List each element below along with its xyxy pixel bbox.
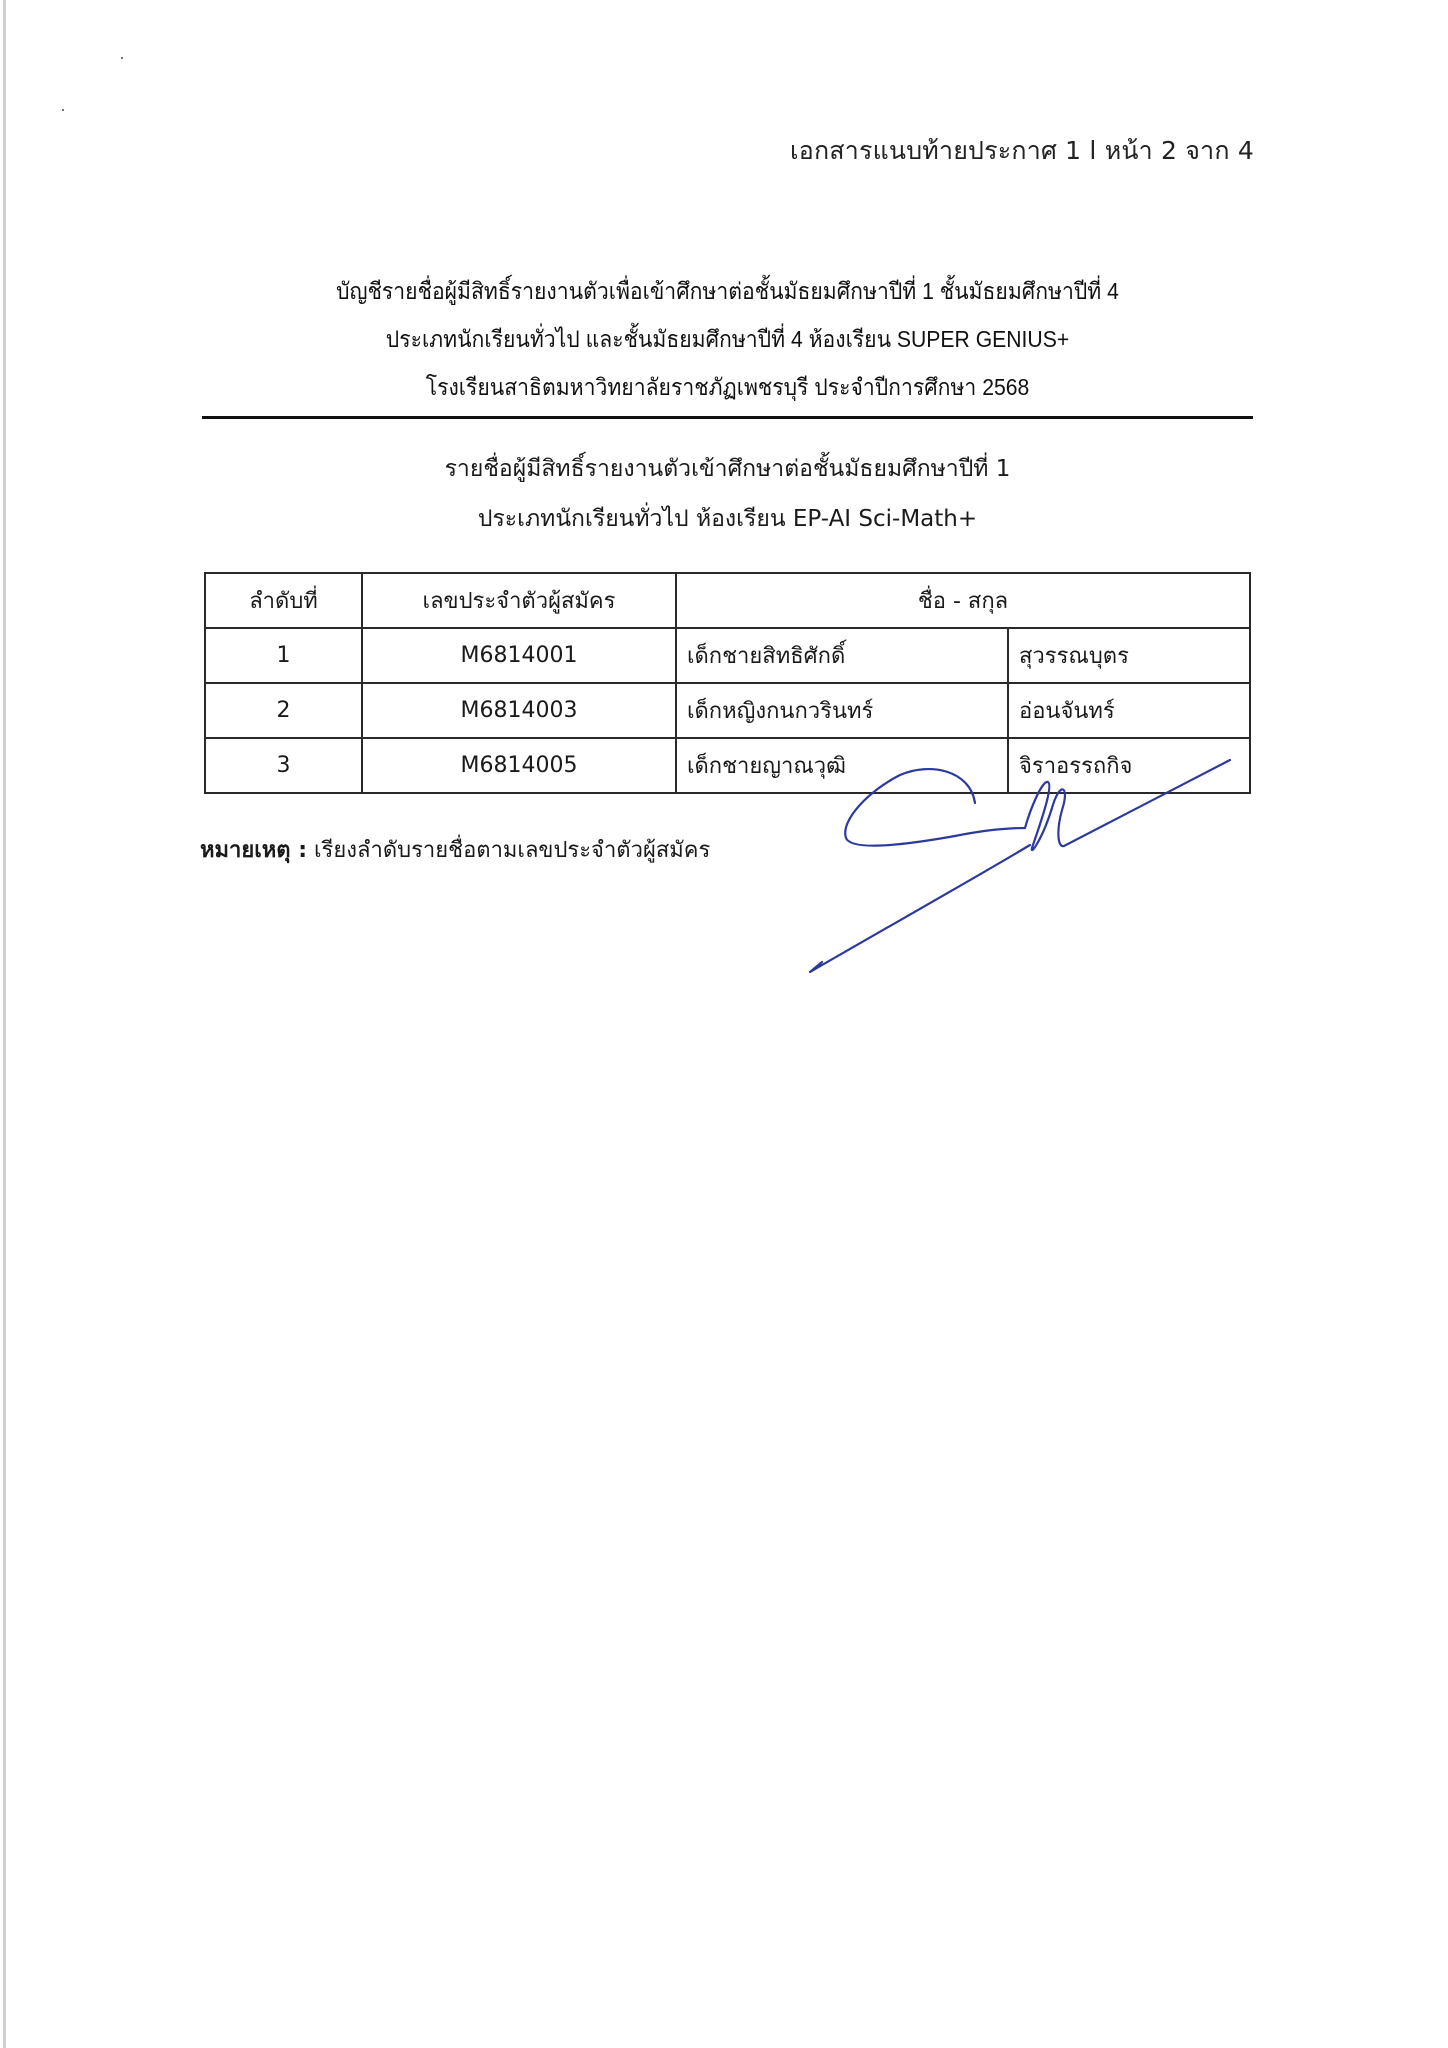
scan-page-edge (3, 0, 6, 2048)
page-reference: เอกสารแนบท้ายประกาศ 1 l หน้า 2 จาก 4 (790, 131, 1254, 171)
table-header-row: ลำดับที่ เลขประจำตัวผู้สมัคร ชื่อ - สกุล (205, 573, 1250, 628)
cell-order: 3 (205, 738, 362, 793)
applicant-table: ลำดับที่ เลขประจำตัวผู้สมัคร ชื่อ - สกุล… (204, 572, 1251, 794)
footnote-label: หมายเหตุ : (200, 838, 307, 863)
announcement-heading-line-3: โรงเรียนสาธิตมหาวิทยาลัยราชภัฏเพชรบุรี ป… (242, 363, 1213, 411)
cell-applicant-id: M6814005 (362, 738, 676, 793)
heading-divider (202, 416, 1253, 419)
scan-speck (62, 109, 64, 111)
footnote: หมายเหตุ : เรียงลำดับรายชื่อตามเลขประจำต… (200, 832, 710, 867)
cell-order: 1 (205, 628, 362, 683)
cell-first-name: เด็กชายสิทธิศักดิ์ (676, 628, 1008, 683)
announcement-heading: บัญชีรายชื่อผู้มีสิทธิ์รายงานตัวเพื่อเข้… (242, 267, 1213, 411)
cell-applicant-id: M6814001 (362, 628, 676, 683)
cell-order: 2 (205, 683, 362, 738)
scan-speck (121, 57, 123, 59)
table-row: 1 M6814001 เด็กชายสิทธิศักดิ์ สุวรรณบุตร (205, 628, 1250, 683)
announcement-heading-line-2: ประเภทนักเรียนทั่วไป และชั้นมัธยมศึกษาปี… (242, 315, 1213, 363)
table-row: 2 M6814003 เด็กหญิงกนกวรินทร์ อ่อนจันทร์ (205, 683, 1250, 738)
cell-first-name: เด็กชายญาณวุฒิ (676, 738, 1008, 793)
header-order: ลำดับที่ (205, 573, 362, 628)
cell-applicant-id: M6814003 (362, 683, 676, 738)
cell-last-name: จิราอรรถกิจ (1008, 738, 1250, 793)
cell-last-name: อ่อนจันทร์ (1008, 683, 1250, 738)
section-heading: รายชื่อผู้มีสิทธิ์รายงานตัวเข้าศึกษาต่อช… (200, 444, 1255, 544)
cell-last-name: สุวรรณบุตร (1008, 628, 1250, 683)
header-applicant-id: เลขประจำตัวผู้สมัคร (362, 573, 676, 628)
section-heading-line-1: รายชื่อผู้มีสิทธิ์รายงานตัวเข้าศึกษาต่อช… (200, 444, 1255, 494)
footnote-text: เรียงลำดับรายชื่อตามเลขประจำตัวผู้สมัคร (314, 838, 710, 863)
cell-first-name: เด็กหญิงกนกวรินทร์ (676, 683, 1008, 738)
header-full-name: ชื่อ - สกุล (676, 573, 1250, 628)
announcement-heading-line-1: บัญชีรายชื่อผู้มีสิทธิ์รายงานตัวเพื่อเข้… (242, 267, 1213, 315)
section-heading-line-2: ประเภทนักเรียนทั่วไป ห้องเรียน EP-AI Sci… (200, 494, 1255, 544)
table-row: 3 M6814005 เด็กชายญาณวุฒิ จิราอรรถกิจ (205, 738, 1250, 793)
